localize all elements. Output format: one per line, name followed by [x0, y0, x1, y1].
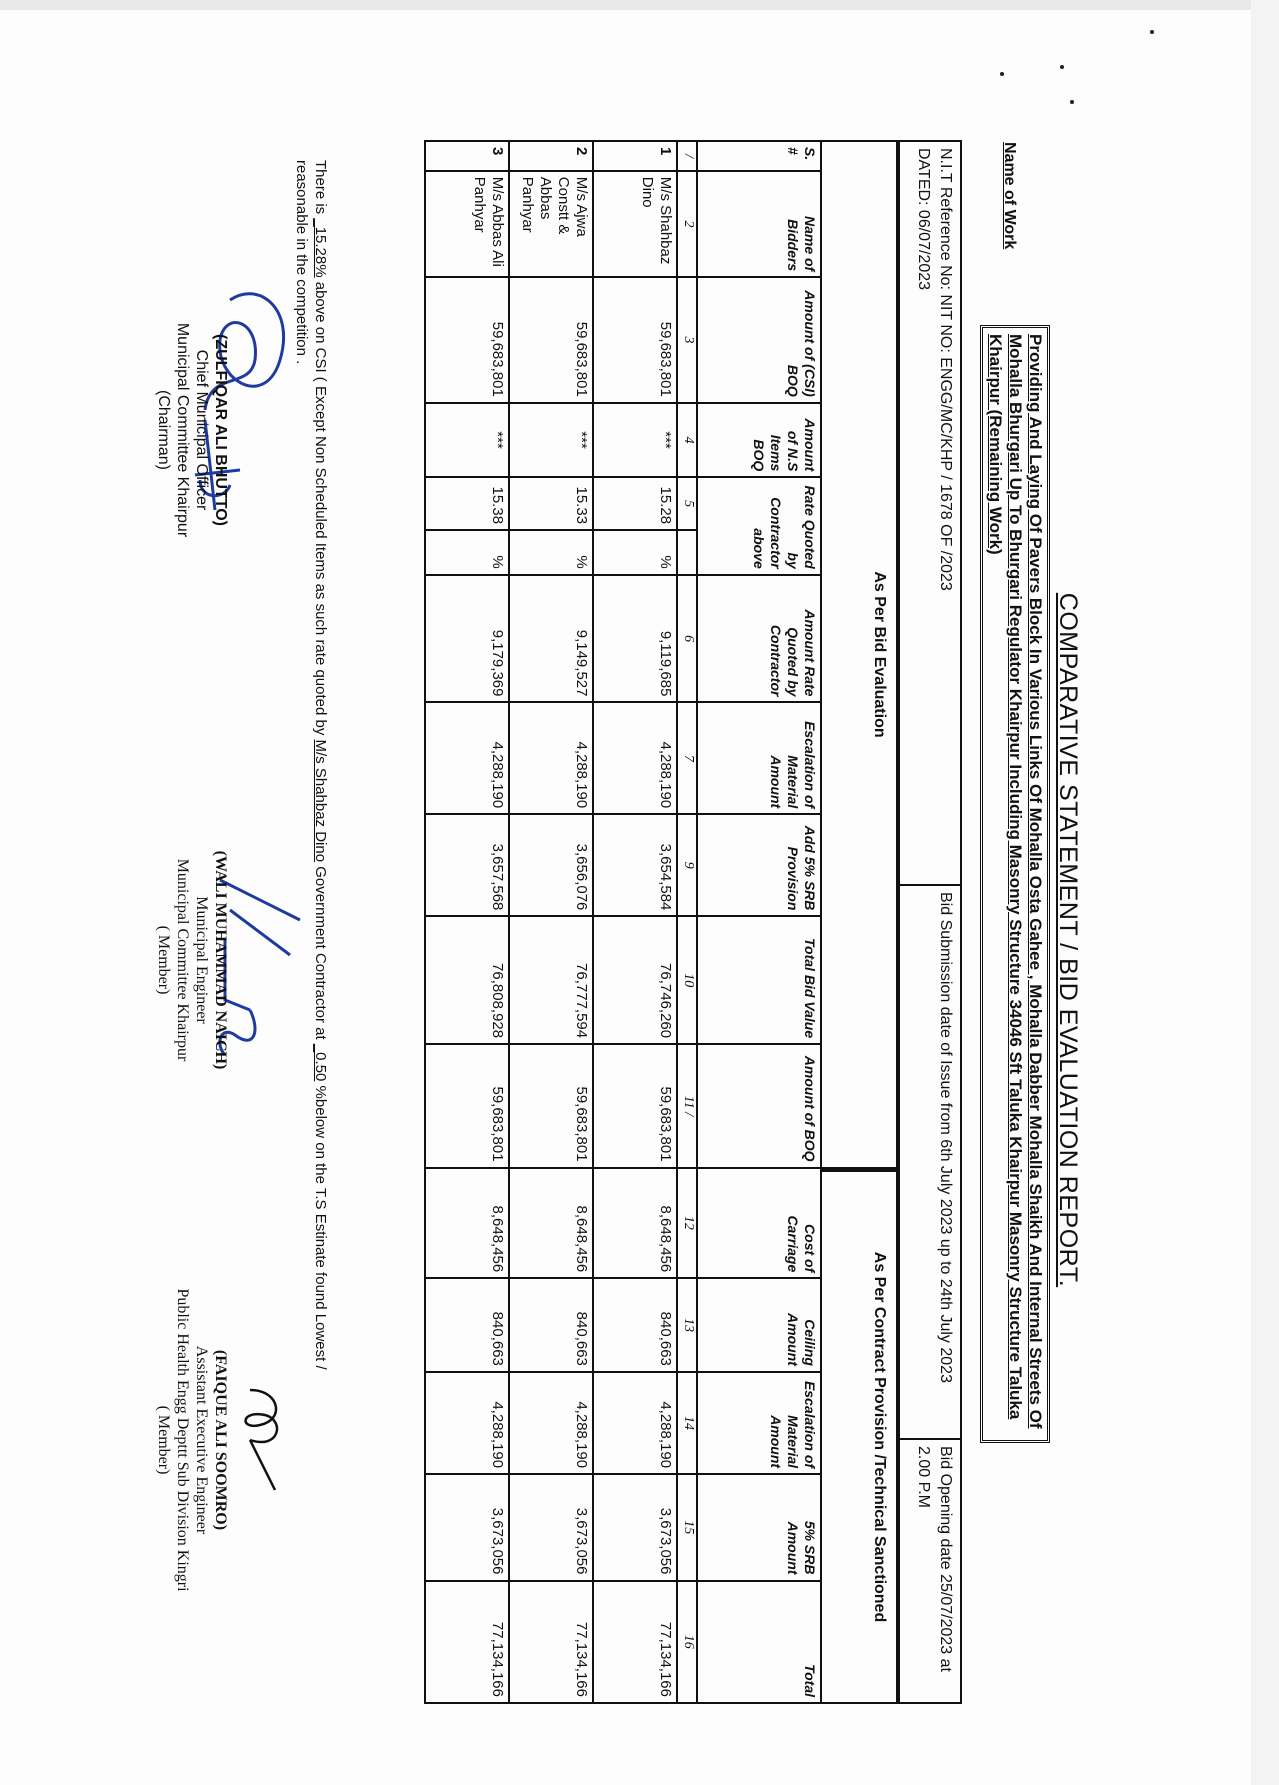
bid-submission: Bid Submission date of Issue from 6th Ju… — [900, 886, 960, 1440]
note-contractor: M/s Shahbaz Dino — [312, 740, 329, 863]
escalation-material: 4,288,190 — [509, 1372, 593, 1474]
page-edge — [1251, 0, 1279, 1785]
header-row: S. # Name of Bidders Amount of (CSI) BOQ… — [697, 141, 821, 1703]
column-number: 7 — [677, 702, 697, 814]
srb-amount: 3,673,056 — [593, 1474, 677, 1580]
scan-speck — [1070, 100, 1074, 104]
srb-provision: 3,657,568 — [425, 814, 509, 916]
bidder-name: M/s Ajwa Constt & Abbas Panhyar — [509, 171, 593, 277]
serial-number: 3 — [425, 141, 509, 171]
column-number: 6 — [677, 575, 697, 703]
work-line: Providing And Laying Of Pavers Block In … — [1025, 334, 1045, 1434]
section-label: As Per Bid Evaluation — [870, 142, 888, 1167]
column-number: 2 — [677, 171, 697, 277]
column-number: / — [677, 141, 697, 171]
srb-amount: 3,673,056 — [509, 1474, 593, 1580]
srb-provision: 3,656,076 — [509, 814, 593, 916]
rate-unit: % — [509, 530, 593, 575]
table-row: 1 M/s Shahbaz Dino 59,683,801 *** 15.28 … — [593, 141, 677, 1703]
nit-reference: N.I.T Reference No: NIT NO: ENGG/MC/KHP … — [934, 148, 956, 878]
column-number — [677, 530, 697, 575]
name-of-work-label: Name of Work — [1000, 142, 1018, 249]
header-cell: Rate Quoted by Contractor above — [697, 477, 821, 574]
section-label: As Per Contract Provision /Technical San… — [870, 1172, 888, 1702]
cost-of-carriage: 8,648,456 — [593, 1168, 677, 1279]
signatory-office: Public Health Engg Depttt Sub Division K… — [173, 1230, 192, 1650]
escalation-amount: 4,288,190 — [509, 702, 593, 814]
note-percent: _15.28% — [312, 218, 329, 277]
header-cell: S. # — [697, 141, 821, 171]
cost-of-carriage: 8,648,456 — [509, 1168, 593, 1279]
table-row: 3 M/s Abbas Ali Panhyar 59,683,801 *** 1… — [425, 141, 509, 1703]
amount-boq: 59,683,801 — [425, 1044, 509, 1167]
quoted-rate: 15.28 — [593, 477, 677, 530]
total: 77,134,166 — [593, 1581, 677, 1704]
column-number: 16 — [677, 1581, 697, 1704]
amount-boq: 59,683,801 — [509, 1044, 593, 1167]
signatory-chairman: (ZULFIQAR ALI BHUTTO) Chief Municipal Of… — [154, 250, 230, 610]
signatory-office: Municipal Committee Khairpur — [173, 250, 192, 610]
nit-reference-cell: N.I.T Reference No: NIT NO: ENGG/MC/KHP … — [900, 142, 960, 886]
scan-speck — [1000, 72, 1004, 76]
page-edge — [0, 0, 1279, 10]
column-number-row: / 2 3 4 5 6 7 9 10 11 / 12 13 14 15 16 — [677, 141, 697, 1703]
signatory-designation: Assistant Executive Engineer — [192, 1230, 211, 1650]
header-cell: Total Bid Value — [697, 916, 821, 1044]
header-cell: Total — [697, 1581, 821, 1704]
header-cell: Amount of N.S Items BOQ — [697, 403, 821, 478]
signatory-office: Municipal Committee Khairpur — [173, 770, 192, 1150]
amount-boq: 59,683,801 — [593, 1044, 677, 1167]
signatory-member-2: (FAIQUE ALI SOOMRO) Assistant Executive … — [154, 1230, 230, 1650]
ceiling-amount: 840,663 — [509, 1278, 593, 1372]
column-number: 3 — [677, 277, 697, 403]
report-title: COMPARATIVE STATEMENT / BID EVALUATION R… — [1053, 120, 1082, 1760]
serial-number: 2 — [509, 141, 593, 171]
header-cell: Cost of Carriage — [697, 1168, 821, 1279]
ns-items-amount: *** — [593, 403, 677, 478]
header-cell: Add 5% SRB Provision — [697, 814, 821, 916]
rate-unit: % — [425, 530, 509, 575]
ceiling-amount: 840,663 — [425, 1278, 509, 1372]
section-bid-evaluation: As Per Bid Evaluation — [820, 140, 898, 1170]
note-text: above on CSI ( Except Non Scheduled Item… — [312, 278, 329, 740]
nit-dated: DATED: 06/07/2023 — [912, 148, 934, 878]
column-number: 13 — [677, 1278, 697, 1372]
escalation-material: 4,288,190 — [425, 1372, 509, 1474]
header-cell: Amount Rate Quoted by Contractor — [697, 575, 821, 703]
signatory-role: (Chairman) — [154, 250, 173, 610]
column-number: 10 — [677, 916, 697, 1044]
note-below-percent: _0.50 — [312, 1044, 329, 1082]
table-row: 2 M/s Ajwa Constt & Abbas Panhyar 59,683… — [509, 141, 593, 1703]
work-line: Mohalla Bhurgari Up To Bhurgari Regulato… — [1005, 334, 1025, 1434]
signatory-designation: Chief Municipal Officer — [192, 250, 211, 610]
header-cell: 5% SRB Amount — [697, 1474, 821, 1580]
note-text: %below on the T.S Estinate found Lowest … — [312, 1081, 329, 1369]
amount-quoted: 9,149,527 — [509, 575, 593, 703]
tender-info-row: N.I.T Reference No: NIT NO: ENGG/MC/KHP … — [898, 140, 962, 1704]
escalation-material: 4,288,190 — [593, 1372, 677, 1474]
note-text: Government Contractor at — [312, 862, 329, 1044]
cost-of-carriage: 8,648,456 — [425, 1168, 509, 1279]
total-bid-value: 76,777,594 — [509, 916, 593, 1044]
signatory-name: (FAIQUE ALI SOOMRO) — [211, 1230, 230, 1650]
total-bid-value: 76,746,260 — [593, 916, 677, 1044]
total: 77,134,166 — [425, 1581, 509, 1704]
signatory-name: (WALI MUHAMMAD NAICH) — [211, 770, 230, 1150]
header-cell: Escalation of Material Amount — [697, 1372, 821, 1474]
header-cell: Ceiling Amount — [697, 1278, 821, 1372]
ns-items-amount: *** — [425, 403, 509, 478]
column-number: 14 — [677, 1372, 697, 1474]
header-cell: Amount of BOQ — [697, 1044, 821, 1167]
signatory-role: ( Member) — [154, 1230, 173, 1650]
bidder-name: M/s Shahbaz Dino — [593, 171, 677, 277]
signatory-role: ( Member) — [154, 770, 173, 1150]
csi-boq-amount: 59,683,801 — [509, 277, 593, 403]
csi-boq-amount: 59,683,801 — [425, 277, 509, 403]
csi-boq-amount: 59,683,801 — [593, 277, 677, 403]
ns-items-amount: *** — [509, 403, 593, 478]
header-cell: Name of Bidders — [697, 171, 821, 277]
rotated-document: COMPARATIVE STATEMENT / BID EVALUATION R… — [0, 120, 1090, 1760]
column-number: 11 / — [677, 1044, 697, 1167]
signature-member-2 — [230, 1380, 290, 1500]
serial-number: 1 — [593, 141, 677, 171]
bid-evaluation-table: S. # Name of Bidders Amount of (CSI) BOQ… — [424, 140, 822, 1704]
escalation-amount: 4,288,190 — [425, 702, 509, 814]
total-bid-value: 76,808,928 — [425, 916, 509, 1044]
ceiling-amount: 840,663 — [593, 1278, 677, 1372]
quoted-rate: 15.38 — [425, 477, 509, 530]
column-number: 15 — [677, 1474, 697, 1580]
bidder-name: M/s Abbas Ali Panhyar — [425, 171, 509, 277]
column-number: 5 — [677, 477, 697, 530]
column-number: 12 — [677, 1168, 697, 1279]
escalation-amount: 4,288,190 — [593, 702, 677, 814]
section-contract-provision: As Per Contract Provision /Technical San… — [820, 1170, 898, 1704]
signatory-name: (ZULFIQAR ALI BHUTTO) — [211, 250, 230, 610]
name-of-work-box: Providing And Laying Of Pavers Block In … — [980, 325, 1050, 1443]
column-number: 4 — [677, 403, 697, 478]
signatory-designation: Municipal Engineer — [192, 770, 211, 1150]
header-cell: Escalation of Material Amount — [697, 702, 821, 814]
header-cell: Amount of (CSI) BOQ — [697, 277, 821, 403]
bid-opening: Bid Opening date 25/07/2023 at 2.00 P.M — [900, 1440, 960, 1702]
scan-speck — [1060, 65, 1064, 69]
rate-unit: % — [593, 530, 677, 575]
srb-provision: 3,654,584 — [593, 814, 677, 916]
srb-amount: 3,673,056 — [425, 1474, 509, 1580]
column-number: 9 — [677, 814, 697, 916]
total: 77,134,166 — [509, 1581, 593, 1704]
work-line: Khairpur (Remaining Work) — [985, 334, 1005, 1434]
note-text: There is — [312, 160, 329, 218]
scan-speck — [1150, 30, 1154, 34]
signatory-member-1: (WALI MUHAMMAD NAICH) Municipal Engineer… — [154, 770, 230, 1150]
quoted-rate: 15.33 — [509, 477, 593, 530]
amount-quoted: 9,179,369 — [425, 575, 509, 703]
amount-quoted: 9,119,685 — [593, 575, 677, 703]
